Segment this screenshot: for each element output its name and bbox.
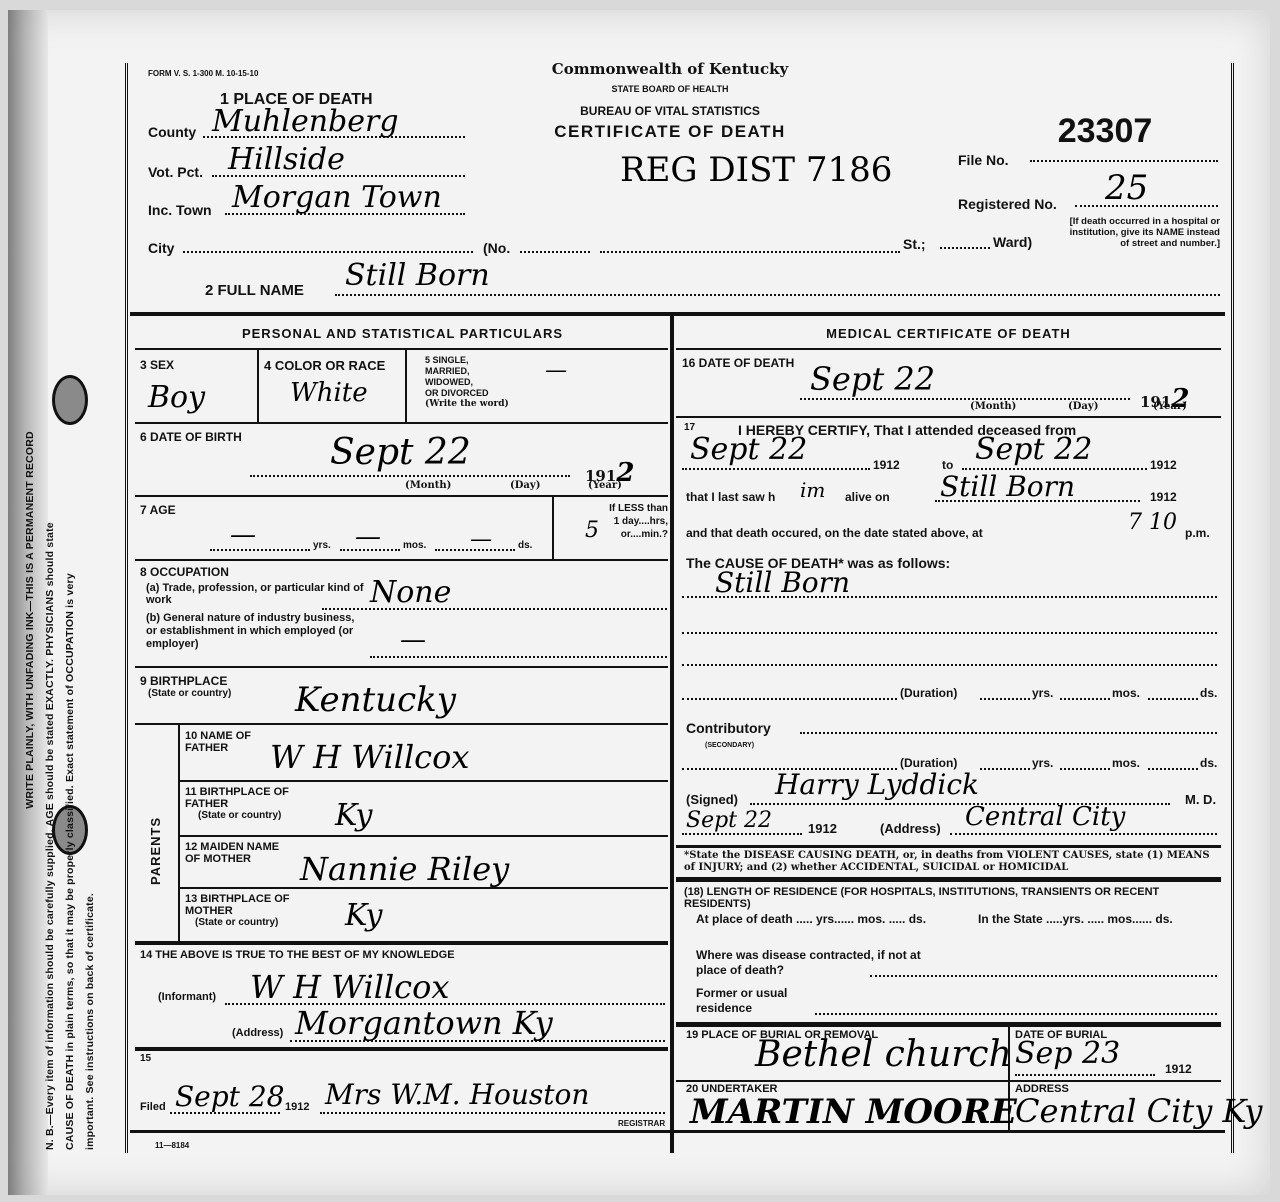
informant-address-label: (Address): [232, 1028, 283, 1039]
mother-birthplace-sub: (State or country): [195, 917, 278, 928]
md-label: M. D.: [1185, 792, 1216, 807]
mother-label: 12 MAIDEN NAME OF MOTHER: [185, 841, 295, 865]
medical-heading: MEDICAL CERTIFICATE OF DEATH: [676, 326, 1221, 341]
cause-line: [682, 596, 1217, 598]
mother-birthplace-label: 13 BIRTHPLACE OF MOTHER: [185, 893, 305, 917]
form-code: FORM V. S. 1-300 M. 10-15-10: [148, 68, 258, 79]
cell-divider: [405, 350, 407, 422]
death-time-value: 7 10: [1128, 510, 1177, 535]
age-yrs-value: —: [230, 520, 256, 550]
duration-yrs-line: [980, 768, 1030, 770]
day-label: (Day): [510, 480, 540, 491]
sex-label: 3 SEX: [140, 358, 174, 372]
side-instruction-line: important. See instructions on back of c…: [80, 90, 100, 1150]
burial-year-value: 1912: [1165, 1062, 1192, 1076]
duration-yrs-label: yrs.: [1032, 686, 1053, 700]
burial-place-value: Bethel church: [755, 1034, 1012, 1075]
vot-pct-label: Vot. Pct.: [148, 164, 203, 180]
row-divider: [676, 416, 1221, 418]
registrar-signature: Mrs W.M. Houston: [325, 1078, 589, 1111]
vot-pct-value: Hillside: [228, 142, 345, 177]
attended-from-year: 1912: [873, 458, 900, 472]
marital-label-line: MARRIED,: [425, 366, 509, 377]
row-divider: [135, 559, 668, 561]
duration-line: [682, 698, 897, 700]
bottom-rule: [130, 1130, 1225, 1133]
sex-value: Boy: [148, 380, 205, 415]
birthplace-label: 9 BIRTHPLACE: [140, 674, 227, 688]
informant-label: (Informant): [158, 992, 216, 1003]
month-label: (Month): [405, 480, 451, 491]
dod-month-label: (Month): [970, 401, 1016, 412]
father-label: 10 NAME OF FATHER: [185, 730, 275, 754]
attended-to-value: Sept 22: [975, 432, 1092, 467]
race-value: White: [290, 378, 368, 408]
informant-value: W H Willcox: [250, 968, 449, 1006]
duration-ds-line: [1148, 698, 1198, 700]
burial-date-line: [1015, 1074, 1155, 1076]
street-line: [600, 251, 900, 253]
hospital-note: [If death occurred in a hospital or inst…: [1062, 216, 1220, 249]
parents-label: PARENTS: [148, 790, 163, 885]
last-saw-prefix: that I last saw h: [686, 490, 775, 504]
marital-value: —: [545, 358, 567, 383]
section-divider: [135, 941, 668, 945]
dod-day-label: (Day): [1068, 401, 1098, 412]
file-number: 23307: [1030, 112, 1180, 151]
former-residence-line: [815, 1013, 1217, 1015]
registrar-label: REGISTRAR: [618, 1118, 665, 1129]
side-instruction-line: WRITE PLAINLY, WITH UNFADING INK—THIS IS…: [20, 90, 40, 1150]
last-saw-date: Still Born: [940, 470, 1075, 503]
former-residence-label: Former or usual residence: [696, 986, 826, 1016]
registrar-line: [320, 1112, 665, 1114]
row-divider: [135, 348, 668, 350]
row-divider: [676, 845, 1221, 848]
bureau-name: BUREAU OF VITAL STATISTICS: [520, 104, 820, 118]
section-divider: [135, 1047, 668, 1051]
less-day-line: or....min.?: [560, 528, 668, 541]
less-day-line: If LESS than: [560, 502, 668, 515]
less-than-day-label: If LESS than 1 day....hrs, or....min.?: [560, 502, 668, 541]
occ-b-line: [370, 656, 667, 658]
marital-label-line: (Write the word): [425, 399, 509, 410]
duration-mos-line: [1060, 768, 1110, 770]
row-divider: [135, 723, 668, 725]
city-label: City: [148, 240, 174, 256]
birthplace-sub-label: (State or country): [148, 688, 231, 699]
filed-year-value: 1912: [285, 1102, 309, 1113]
mos-label: mos.: [403, 540, 426, 551]
last-saw-year: 1912: [1150, 490, 1177, 504]
file-no-line: [1030, 160, 1218, 162]
age-label: 7 AGE: [140, 503, 176, 517]
marital-label-line: 5 SINGLE,: [425, 355, 509, 366]
informant-address-value: Morgantown Ky: [295, 1004, 553, 1042]
cell-divider: [552, 497, 554, 559]
father-birthplace-value: Ky: [335, 798, 372, 833]
birthplace-value: Kentucky: [295, 680, 456, 720]
row-divider: [135, 422, 668, 424]
dod-month-day: Sept 22: [810, 360, 935, 398]
signed-year-value: 1912: [808, 821, 837, 836]
state-name: Commonwealth of Kentucky: [520, 60, 820, 78]
residence-in-state: In the State .....yrs. ..... mos...... d…: [978, 912, 1218, 927]
attended-from-value: Sept 22: [690, 432, 807, 467]
city-line: [183, 251, 473, 253]
cause-value: Still Born: [715, 566, 850, 599]
undertaker-address-value: Central City Ky: [1015, 1092, 1262, 1130]
row-divider: [135, 666, 668, 668]
parents-divider: [178, 725, 180, 943]
side-margin-instructions: WRITE PLAINLY, WITH UNFADING INK—THIS IS…: [20, 90, 100, 1150]
less-day-min-value: 5: [585, 518, 599, 543]
burial-date-value: Sep 23: [1015, 1036, 1120, 1071]
marital-label: 5 SINGLE, MARRIED, WIDOWED, OR DIVORCED …: [425, 355, 509, 410]
section-divider: [676, 877, 1221, 882]
side-instruction-line: CAUSE OF DEATH in plain terms, so that i…: [60, 90, 80, 1150]
contributory-line: [800, 732, 1217, 734]
physician-signature: Harry Lyddick: [775, 768, 979, 801]
race-label: 4 COLOR OR RACE: [264, 358, 385, 373]
section-divider: [676, 1022, 1221, 1027]
duration-label: (Duration): [900, 686, 957, 700]
mother-value: Nannie Riley: [300, 850, 509, 888]
duration-mos-label: mos.: [1112, 756, 1140, 770]
less-day-line: 1 day....hrs,: [560, 515, 668, 528]
street-label: St.;: [903, 236, 926, 252]
column-divider: [670, 316, 674, 1153]
ward-line: [940, 247, 990, 249]
dod-label: 16 DATE OF DEATH: [682, 356, 794, 370]
duration-ds-line: [1148, 768, 1198, 770]
county-value: Muhlenberg: [212, 104, 399, 139]
disease-contracted-label: Where was disease contracted, if not at …: [696, 948, 936, 978]
residence-at-place: At place of death ..... yrs...... mos. .…: [696, 912, 961, 927]
row-divider: [676, 1080, 1221, 1082]
row-divider: [180, 835, 668, 837]
section-divider: [130, 312, 1225, 316]
father-birthplace-label: 11 BIRTHPLACE OF FATHER: [185, 786, 305, 810]
dod-line: [800, 398, 1130, 400]
age-mos-value: —: [355, 522, 381, 552]
dob-month-day: Sept 22: [330, 432, 471, 473]
occ-a-label: (a) Trade, profession, or particular kin…: [146, 582, 366, 606]
attended-from-line: [682, 468, 870, 470]
father-birthplace-sub: (State or country): [198, 810, 281, 821]
physician-address-value: Central City: [965, 802, 1125, 832]
county-label: County: [148, 124, 196, 140]
dod-year-label: (Year): [1153, 401, 1187, 412]
registered-number: 25: [1105, 168, 1148, 208]
registered-no-label: Registered No.: [958, 196, 1057, 212]
row-divider: [180, 780, 668, 782]
street-no-label: (No.: [483, 240, 510, 256]
board-name: STATE BOARD OF HEALTH: [520, 84, 820, 95]
full-name-label: 2 FULL NAME: [205, 282, 304, 299]
ds-label: ds.: [518, 540, 532, 551]
last-saw-him: im: [800, 478, 825, 502]
file-no-label: File No.: [958, 152, 1009, 168]
duration-mos-line: [1060, 698, 1110, 700]
mother-birthplace-value: Ky: [345, 898, 382, 933]
filed-label: Filed: [140, 1102, 166, 1113]
attended-to-year: 1912: [1150, 458, 1177, 472]
full-name-value: Still Born: [345, 258, 490, 293]
cause-line: [682, 632, 1217, 634]
occ-b-label: (b) General nature of industry business,…: [146, 612, 366, 651]
death-time-suffix: p.m.: [1185, 526, 1210, 540]
informant-heading: 14 THE ABOVE IS TRUE TO THE BEST OF MY K…: [140, 950, 455, 961]
father-value: W H Willcox: [270, 738, 469, 776]
age-ds-value: —: [470, 527, 492, 552]
print-code: 11—8184: [155, 1140, 189, 1151]
marital-label-line: OR DIVORCED: [425, 388, 509, 399]
personal-heading: PERSONAL AND STATISTICAL PARTICULARS: [135, 326, 670, 341]
certificate-title: CERTIFICATE OF DEATH: [500, 122, 840, 142]
death-time-text: and that death occured, on the date stat…: [686, 526, 983, 540]
physician-address-label: (Address): [880, 821, 941, 836]
disease-contracted-line: [870, 975, 1217, 977]
street-no-line: [520, 251, 590, 253]
marital-label-line: WIDOWED,: [425, 377, 509, 388]
filing-number-label: 15: [140, 1053, 151, 1064]
row-divider: [180, 887, 668, 889]
duration-mos-label: mos.: [1112, 686, 1140, 700]
signed-label: (Signed): [686, 792, 738, 807]
duration-yrs-label: yrs.: [1032, 756, 1053, 770]
duration-ds-label: ds.: [1200, 756, 1217, 770]
cause-footnote: *State the DISEASE CAUSING DEATH, or, in…: [684, 850, 1219, 874]
ward-label: Ward): [993, 234, 1032, 250]
reg-dist-handwritten: REG DIST 7186: [620, 150, 892, 190]
inc-town-value: Morgan Town: [232, 180, 442, 215]
occ-b-value: —: [400, 625, 426, 655]
cell-divider: [257, 350, 259, 422]
filed-date-value: Sept 28: [175, 1080, 284, 1113]
yrs-label: yrs.: [313, 540, 331, 551]
year-label: (Year): [588, 480, 622, 491]
row-divider: [676, 348, 1221, 350]
last-saw-suffix: alive on: [845, 490, 890, 504]
dob-label: 6 DATE OF BIRTH: [140, 430, 242, 444]
signed-date-line: [682, 833, 802, 835]
signed-date-value: Sept 22: [686, 808, 772, 833]
residence-heading: (18) LENGTH OF RESIDENCE (FOR HOSPITALS,…: [684, 886, 1219, 910]
contributory-label: Contributory: [686, 720, 771, 736]
duration-yrs-line: [980, 698, 1030, 700]
occupation-label: 8 OCCUPATION: [140, 565, 229, 579]
age-yrs-line: [210, 549, 310, 551]
undertaker-value: MARTIN MOORE: [690, 1092, 1017, 1132]
physician-address-line: [950, 833, 1217, 835]
dob-line: [250, 475, 570, 477]
cause-line: [682, 664, 1217, 666]
inc-town-label: Inc. Town: [148, 202, 212, 218]
row-divider: [135, 495, 668, 497]
side-instruction-line: N. B.—Every item of information should b…: [40, 90, 60, 1150]
occ-a-value: None: [370, 575, 451, 610]
full-name-line: [335, 294, 1220, 296]
secondary-label: (SECONDARY): [705, 740, 754, 751]
duration-ds-label: ds.: [1200, 686, 1217, 700]
